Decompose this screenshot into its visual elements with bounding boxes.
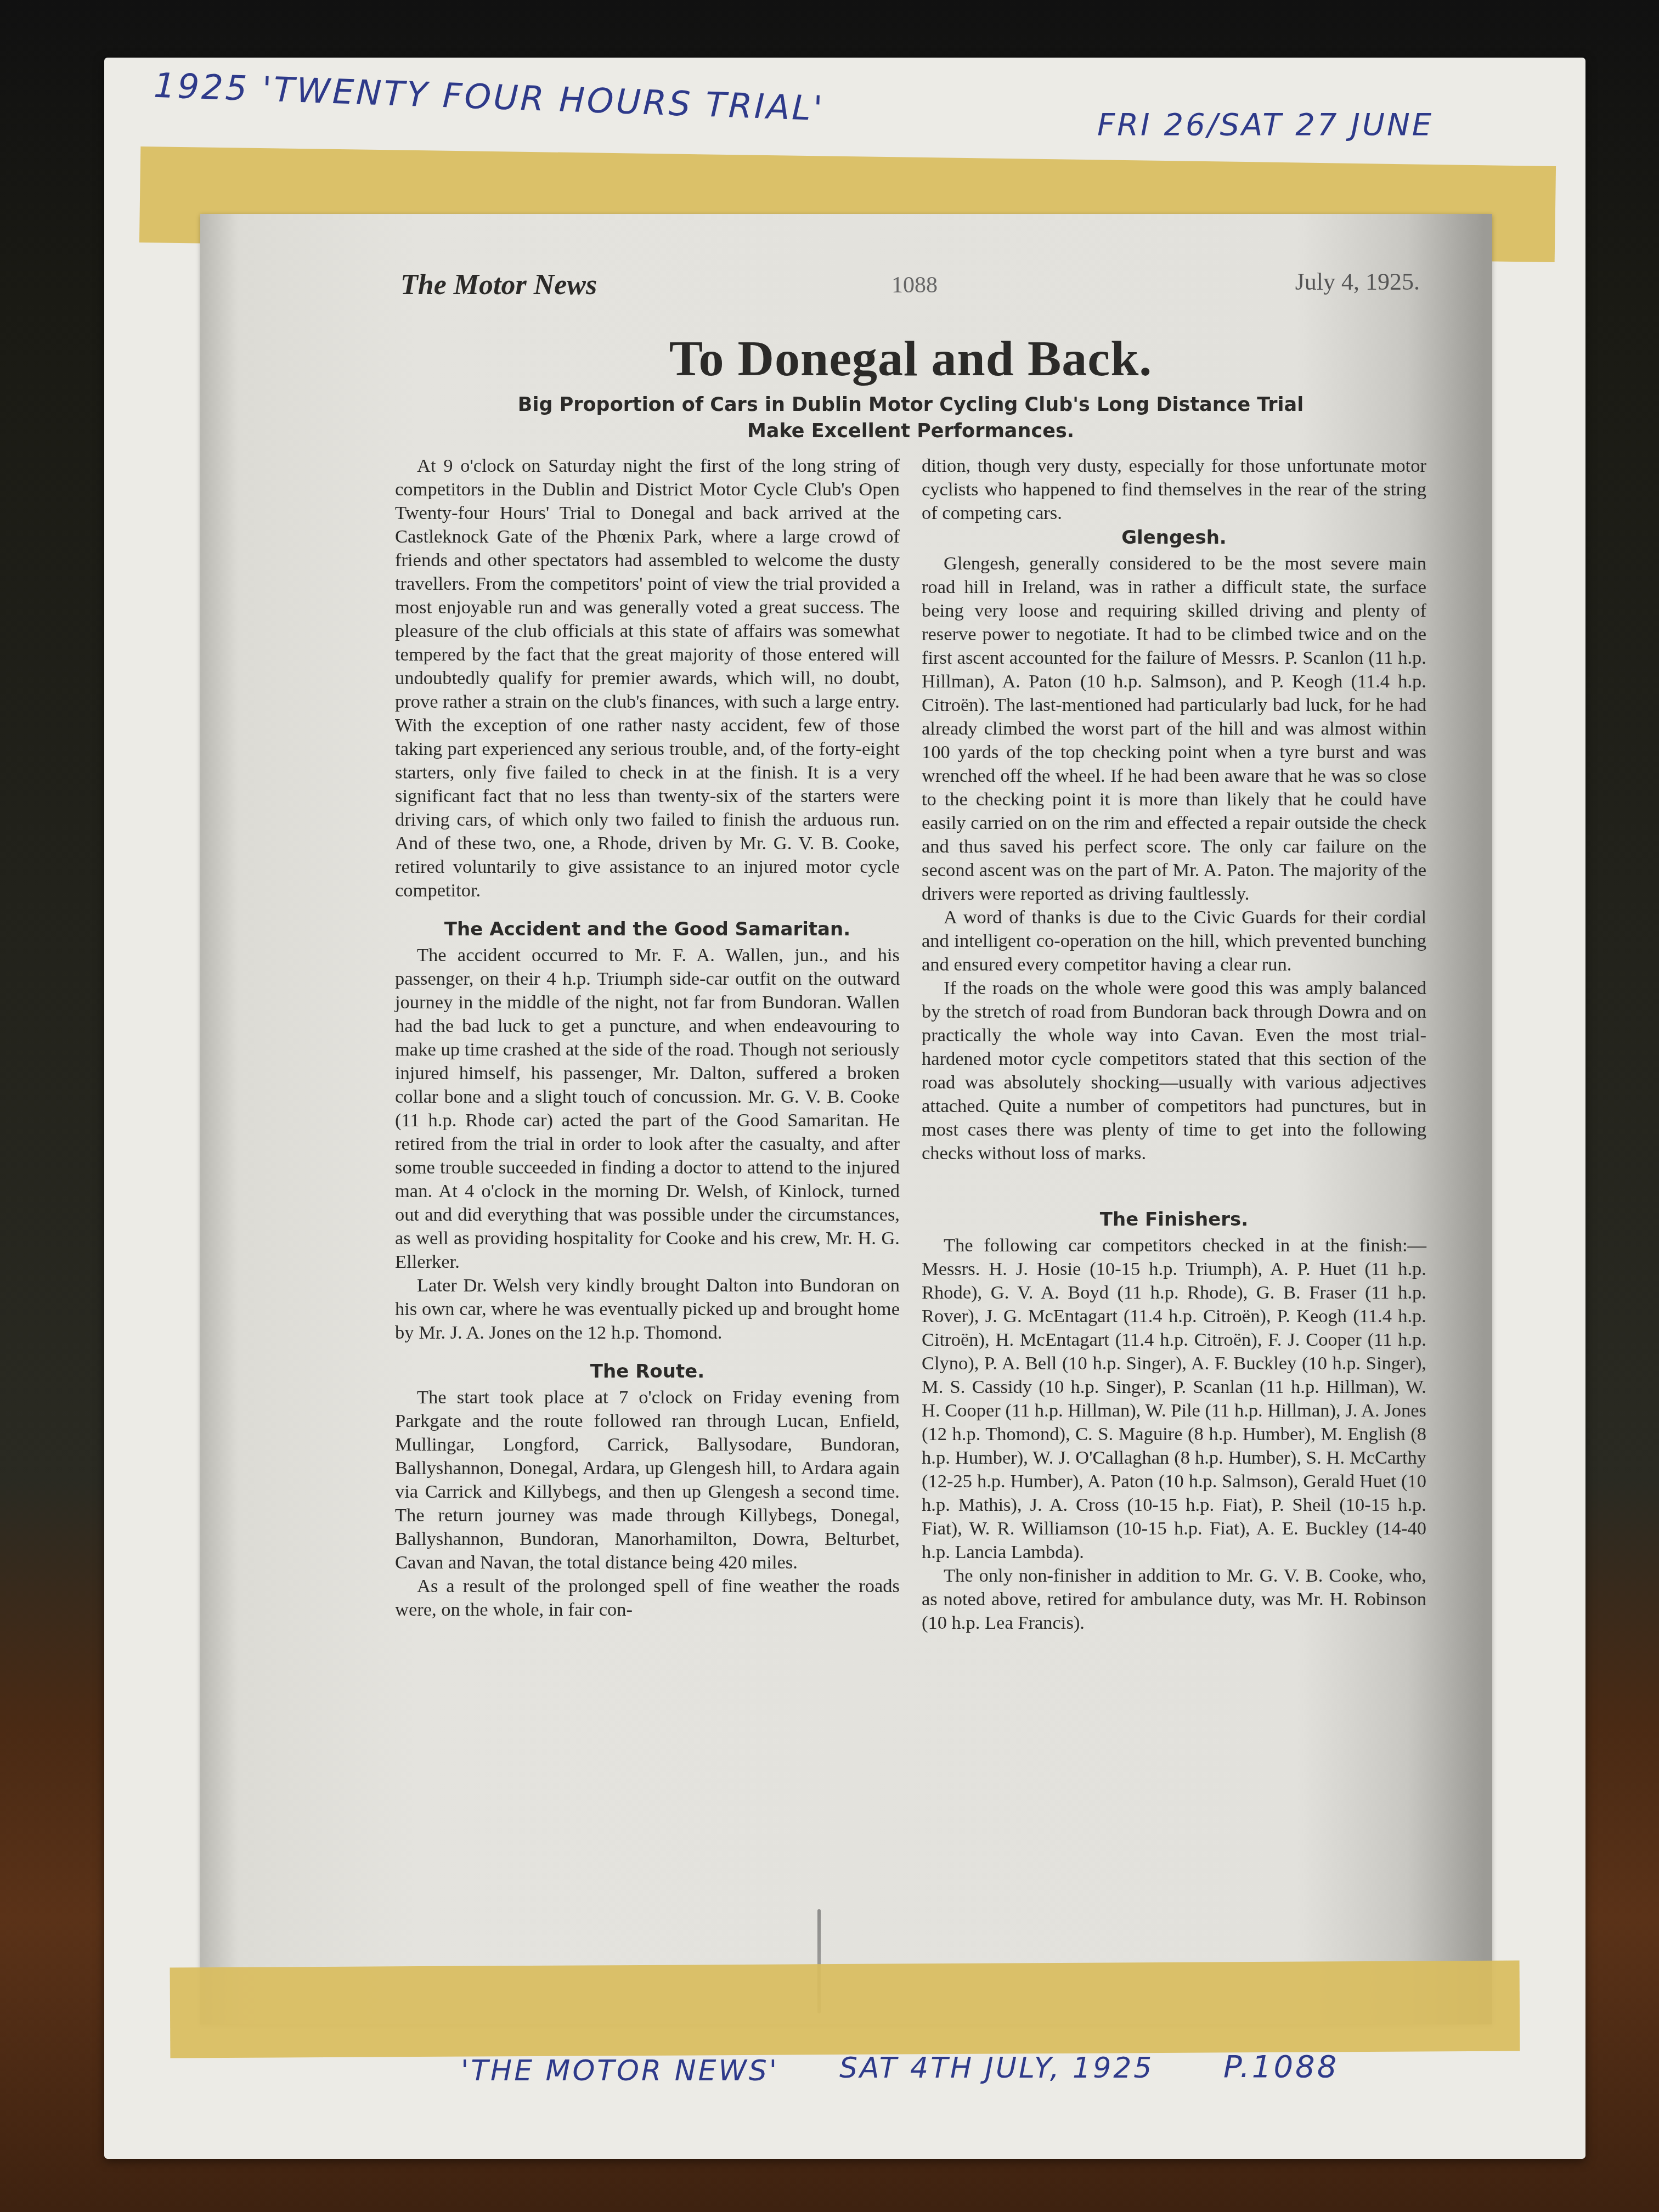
publication-name: The Motor News bbox=[400, 269, 597, 301]
article-page: The Motor News 1088 July 4, 1925. To Don… bbox=[395, 263, 1426, 1635]
subheadline-line-2: Make Excellent Performances. bbox=[395, 418, 1426, 444]
handwritten-issue-date-annotation: SAT 4TH JULY, 1925 bbox=[839, 2052, 1154, 2085]
page-number: 1088 bbox=[891, 272, 938, 298]
route-paragraph-2: As a result of the prolonged spell of fi… bbox=[395, 1575, 900, 1622]
section-heading-accident: The Accident and the Good Samaritan. bbox=[395, 918, 900, 941]
section-heading-glengesh: Glengesh. bbox=[922, 526, 1426, 550]
handwritten-date-annotation: FRI 26/SAT 27 JUNE bbox=[1097, 107, 1434, 143]
glengesh-paragraph-3: If the roads on the whole were good this… bbox=[922, 977, 1426, 1165]
section-spacer bbox=[922, 1165, 1426, 1193]
section-heading-route: The Route. bbox=[395, 1360, 900, 1384]
handwritten-source-annotation: 'THE MOTOR NEWS' bbox=[461, 2055, 779, 2087]
subheadline-line-1: Big Proportion of Cars in Dublin Motor C… bbox=[395, 392, 1426, 418]
accident-paragraph-2: Later Dr. Welsh very kindly brought Dalt… bbox=[395, 1274, 900, 1345]
left-column: At 9 o'clock on Saturday night the first… bbox=[395, 454, 900, 1635]
accident-paragraph-1: The accident occurred to Mr. F. A. Walle… bbox=[395, 944, 900, 1274]
article-headline: To Donegal and Back. bbox=[395, 329, 1426, 387]
finishers-paragraph-1: The following car competitors checked in… bbox=[922, 1234, 1426, 1564]
masthead: The Motor News 1088 July 4, 1925. bbox=[395, 263, 1426, 307]
handwritten-page-annotation: P.1088 bbox=[1223, 2049, 1339, 2085]
issue-date: July 4, 1925. bbox=[1295, 268, 1420, 296]
continuation-paragraph: dition, though very dusty, especially fo… bbox=[922, 454, 1426, 525]
route-paragraph-1: The start took place at 7 o'clock on Fri… bbox=[395, 1386, 900, 1575]
finishers-paragraph-2: The only non-finisher in addition to Mr.… bbox=[922, 1564, 1426, 1635]
glengesh-paragraph-1: Glengesh, generally considered to be the… bbox=[922, 552, 1426, 906]
article-columns: At 9 o'clock on Saturday night the first… bbox=[395, 454, 1426, 1635]
article-subheadline: Big Proportion of Cars in Dublin Motor C… bbox=[395, 392, 1426, 444]
tape-strip-bottom bbox=[170, 1961, 1520, 2058]
glengesh-paragraph-2: A word of thanks is due to the Civic Gua… bbox=[922, 906, 1426, 977]
intro-paragraph: At 9 o'clock on Saturday night the first… bbox=[395, 454, 900, 902]
section-heading-finishers: The Finishers. bbox=[922, 1208, 1426, 1232]
right-column: dition, though very dusty, especially fo… bbox=[922, 454, 1426, 1635]
